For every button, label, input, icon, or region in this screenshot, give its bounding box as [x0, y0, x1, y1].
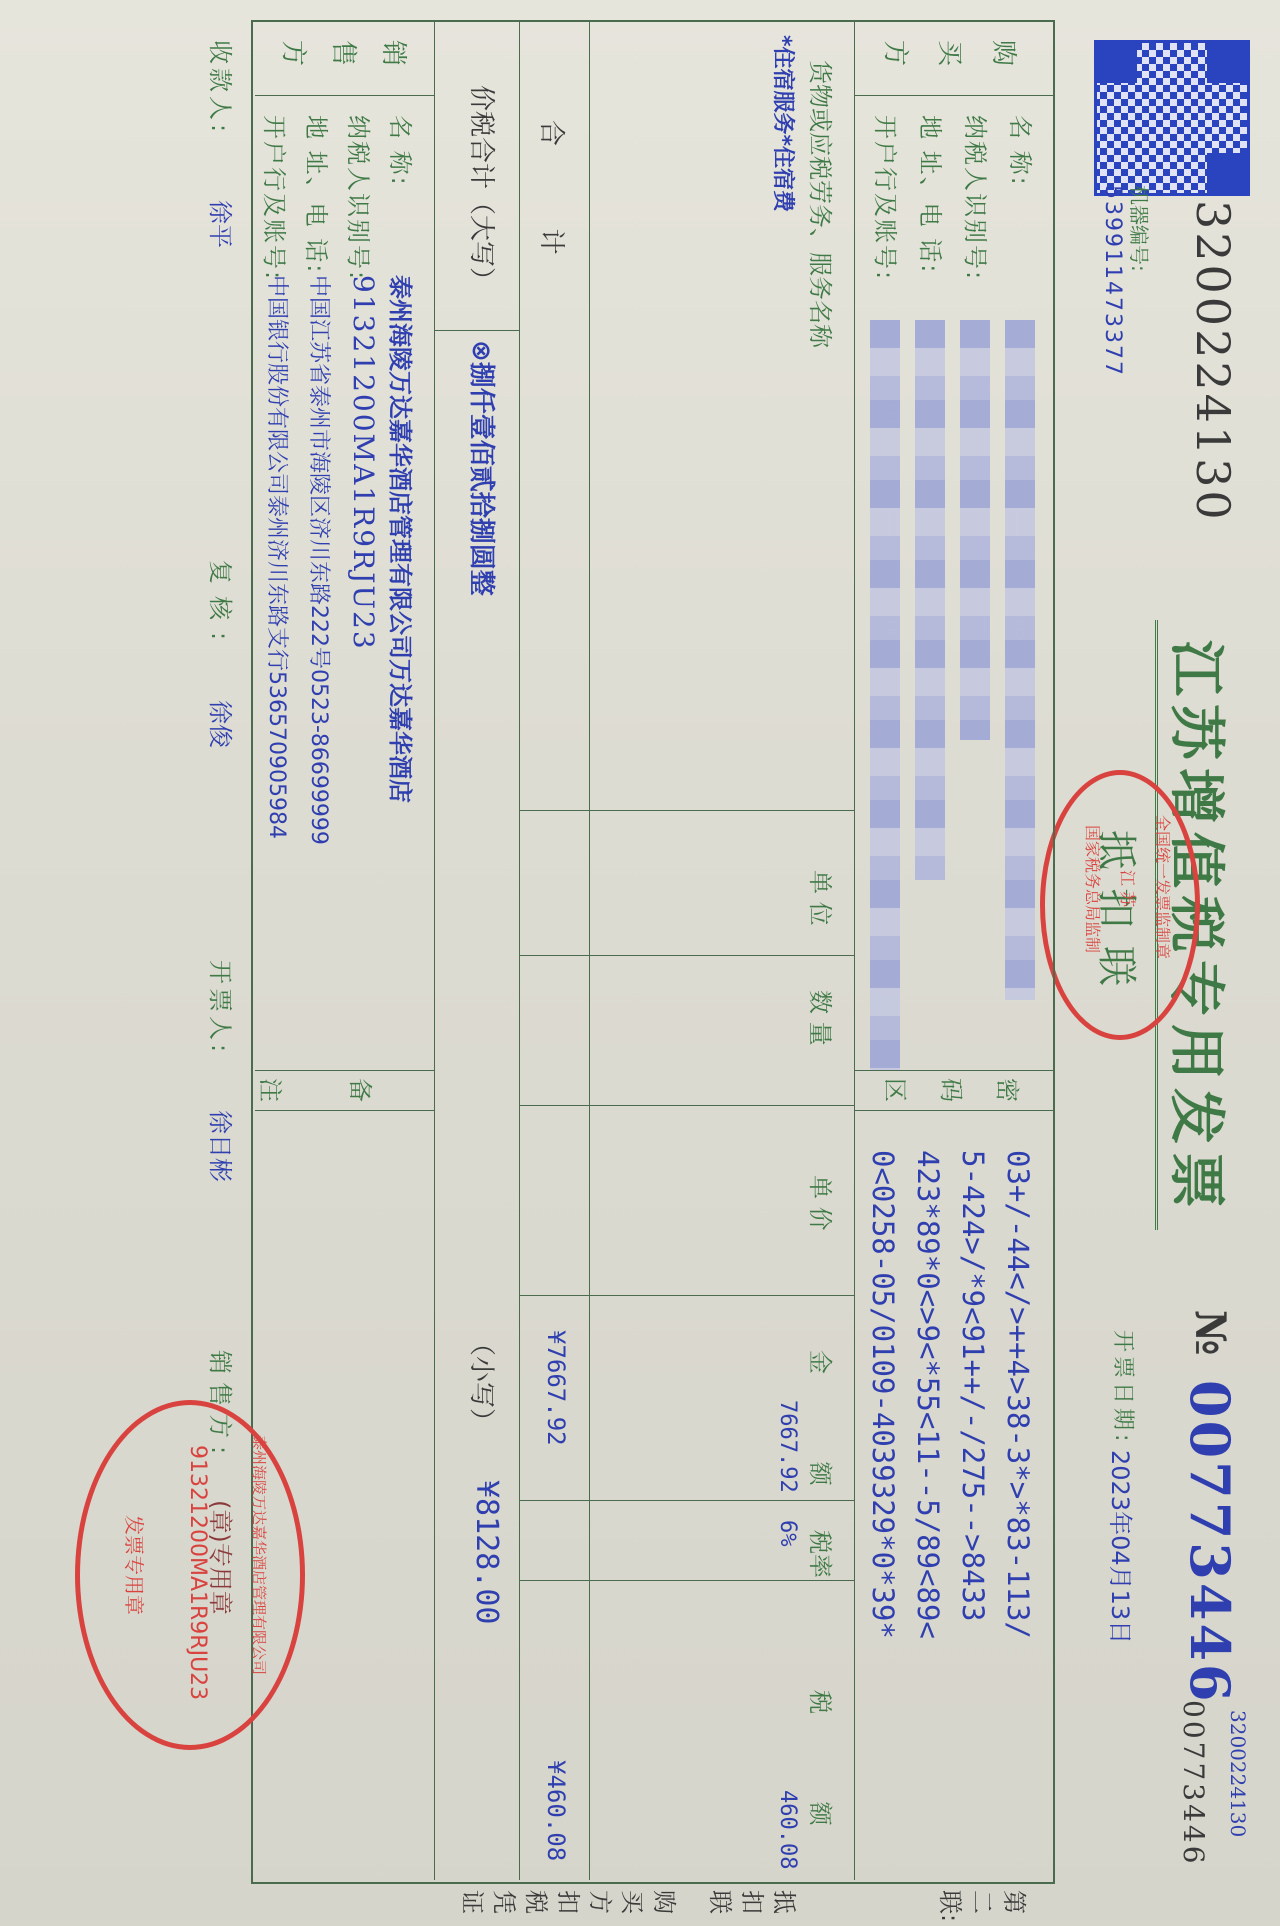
seller-address: 中国江苏省泰州市海陵区济川东路222号0523-86699999	[305, 275, 336, 845]
buyer-name-redacted	[1005, 320, 1035, 1000]
payee: 徐平	[205, 200, 240, 248]
grand-total-small-value: ¥8128.00	[469, 1480, 504, 1625]
drawer-label: 开票人:	[205, 960, 240, 1056]
drawer: 徐日彬	[205, 1110, 240, 1182]
item-tax-rate: 6%	[775, 1520, 800, 1547]
copy-side-label-1: 第二联:	[934, 1890, 1030, 1920]
issue-date-label: 开票日期:	[1109, 1330, 1140, 1445]
seller-seal: 泰州海陵万达嘉华酒店管理有限公司 91321200MA1R9RJU23 发票专用…	[75, 1400, 305, 1750]
total-amount: ¥7667.92	[542, 1330, 570, 1446]
total-label: 合 计	[535, 120, 572, 255]
item-tax: 460.08	[775, 1790, 800, 1869]
seller-tax-id-label: 纳税人识别号:	[343, 115, 378, 281]
machine-no-label: 机器编号:	[1126, 185, 1155, 272]
buyer-tax-id-redacted	[960, 320, 990, 740]
buyer-bank-redacted	[870, 320, 900, 1070]
seller-bank-label: 开户行及账号:	[259, 115, 294, 281]
seller-name: 泰州海陵万达嘉华酒店管理有限公司万达嘉华酒店	[385, 275, 420, 803]
buyer-side-label: 购买方	[868, 40, 1030, 70]
invoice-code-small: 3200224130	[1226, 1710, 1250, 1837]
grand-total-label: 价税合计（大写）	[465, 85, 502, 293]
cipher-side-label: 密码区	[867, 1078, 1035, 1106]
machine-no: 539911473377	[1100, 185, 1125, 377]
grand-total-words: ⊗捌仟壹佰贰拾捌圆整	[465, 340, 502, 596]
remark-label: 备注	[225, 1078, 405, 1106]
seller-side-label: 销售方	[268, 40, 418, 70]
buyer-name-label: 名 称:	[1005, 115, 1040, 187]
payee-label: 收款人:	[205, 40, 240, 136]
header-tax: 税 额	[805, 1690, 840, 1866]
grand-total-small-label: （小写）	[465, 1330, 502, 1434]
invoice-no: 00773446	[1178, 1380, 1242, 1705]
buyer-address-redacted	[915, 320, 945, 880]
buyer-address-label: 地 址、电 话:	[915, 115, 950, 274]
item-amount: 7667.92	[775, 1400, 800, 1493]
header-item-name: 货物或应税劳务、服务名称	[805, 60, 840, 348]
cipher-text: 03+/-44</>++4>38-3*>*83-113/ 5-424>/*9<9…	[860, 1150, 1040, 1639]
item-name: *住宿服务*住宿费	[769, 35, 800, 212]
copy-side-label-3: 购买方扣税凭证	[456, 1890, 680, 1920]
reviewer-label: 复核:	[205, 560, 240, 652]
copy-side-label-2: 抵扣联	[704, 1890, 800, 1920]
header-tax-rate: 税率	[805, 1530, 840, 1578]
header-quantity: 数 量	[805, 990, 840, 1046]
supervision-seal: 全国统一发票监制章 江 苏 国家税务总局监制	[1040, 770, 1200, 1040]
seller-name-label: 名 称:	[385, 115, 420, 187]
invoice-no-small: 00773446	[1177, 1700, 1210, 1867]
invoice-sheet: 3200224130 机器编号: 539911473377 江苏增值税专用发票 …	[0, 0, 1280, 1926]
invoice-no-prefix: №	[1186, 1310, 1235, 1356]
header-unit: 单 位	[805, 870, 840, 926]
reviewer: 徐俊	[205, 700, 240, 748]
issue-date: 2023年04月13日	[1105, 1450, 1140, 1644]
seller-address-label: 地 址、电 话:	[301, 115, 336, 274]
buyer-tax-id-label: 纳税人识别号:	[960, 115, 995, 281]
qr-code	[1094, 40, 1250, 196]
seller-tax-id: 91321200MA1R9RJU23	[347, 275, 380, 651]
seller-bank: 中国银行股份有限公司泰州济川东路支行536570905984	[263, 275, 294, 839]
buyer-bank-label: 开户行及账号:	[870, 115, 905, 281]
invoice-code: 3200224130	[1186, 200, 1240, 523]
header-unit-price: 单 价	[805, 1175, 840, 1231]
total-tax: ¥460.08	[542, 1760, 570, 1861]
